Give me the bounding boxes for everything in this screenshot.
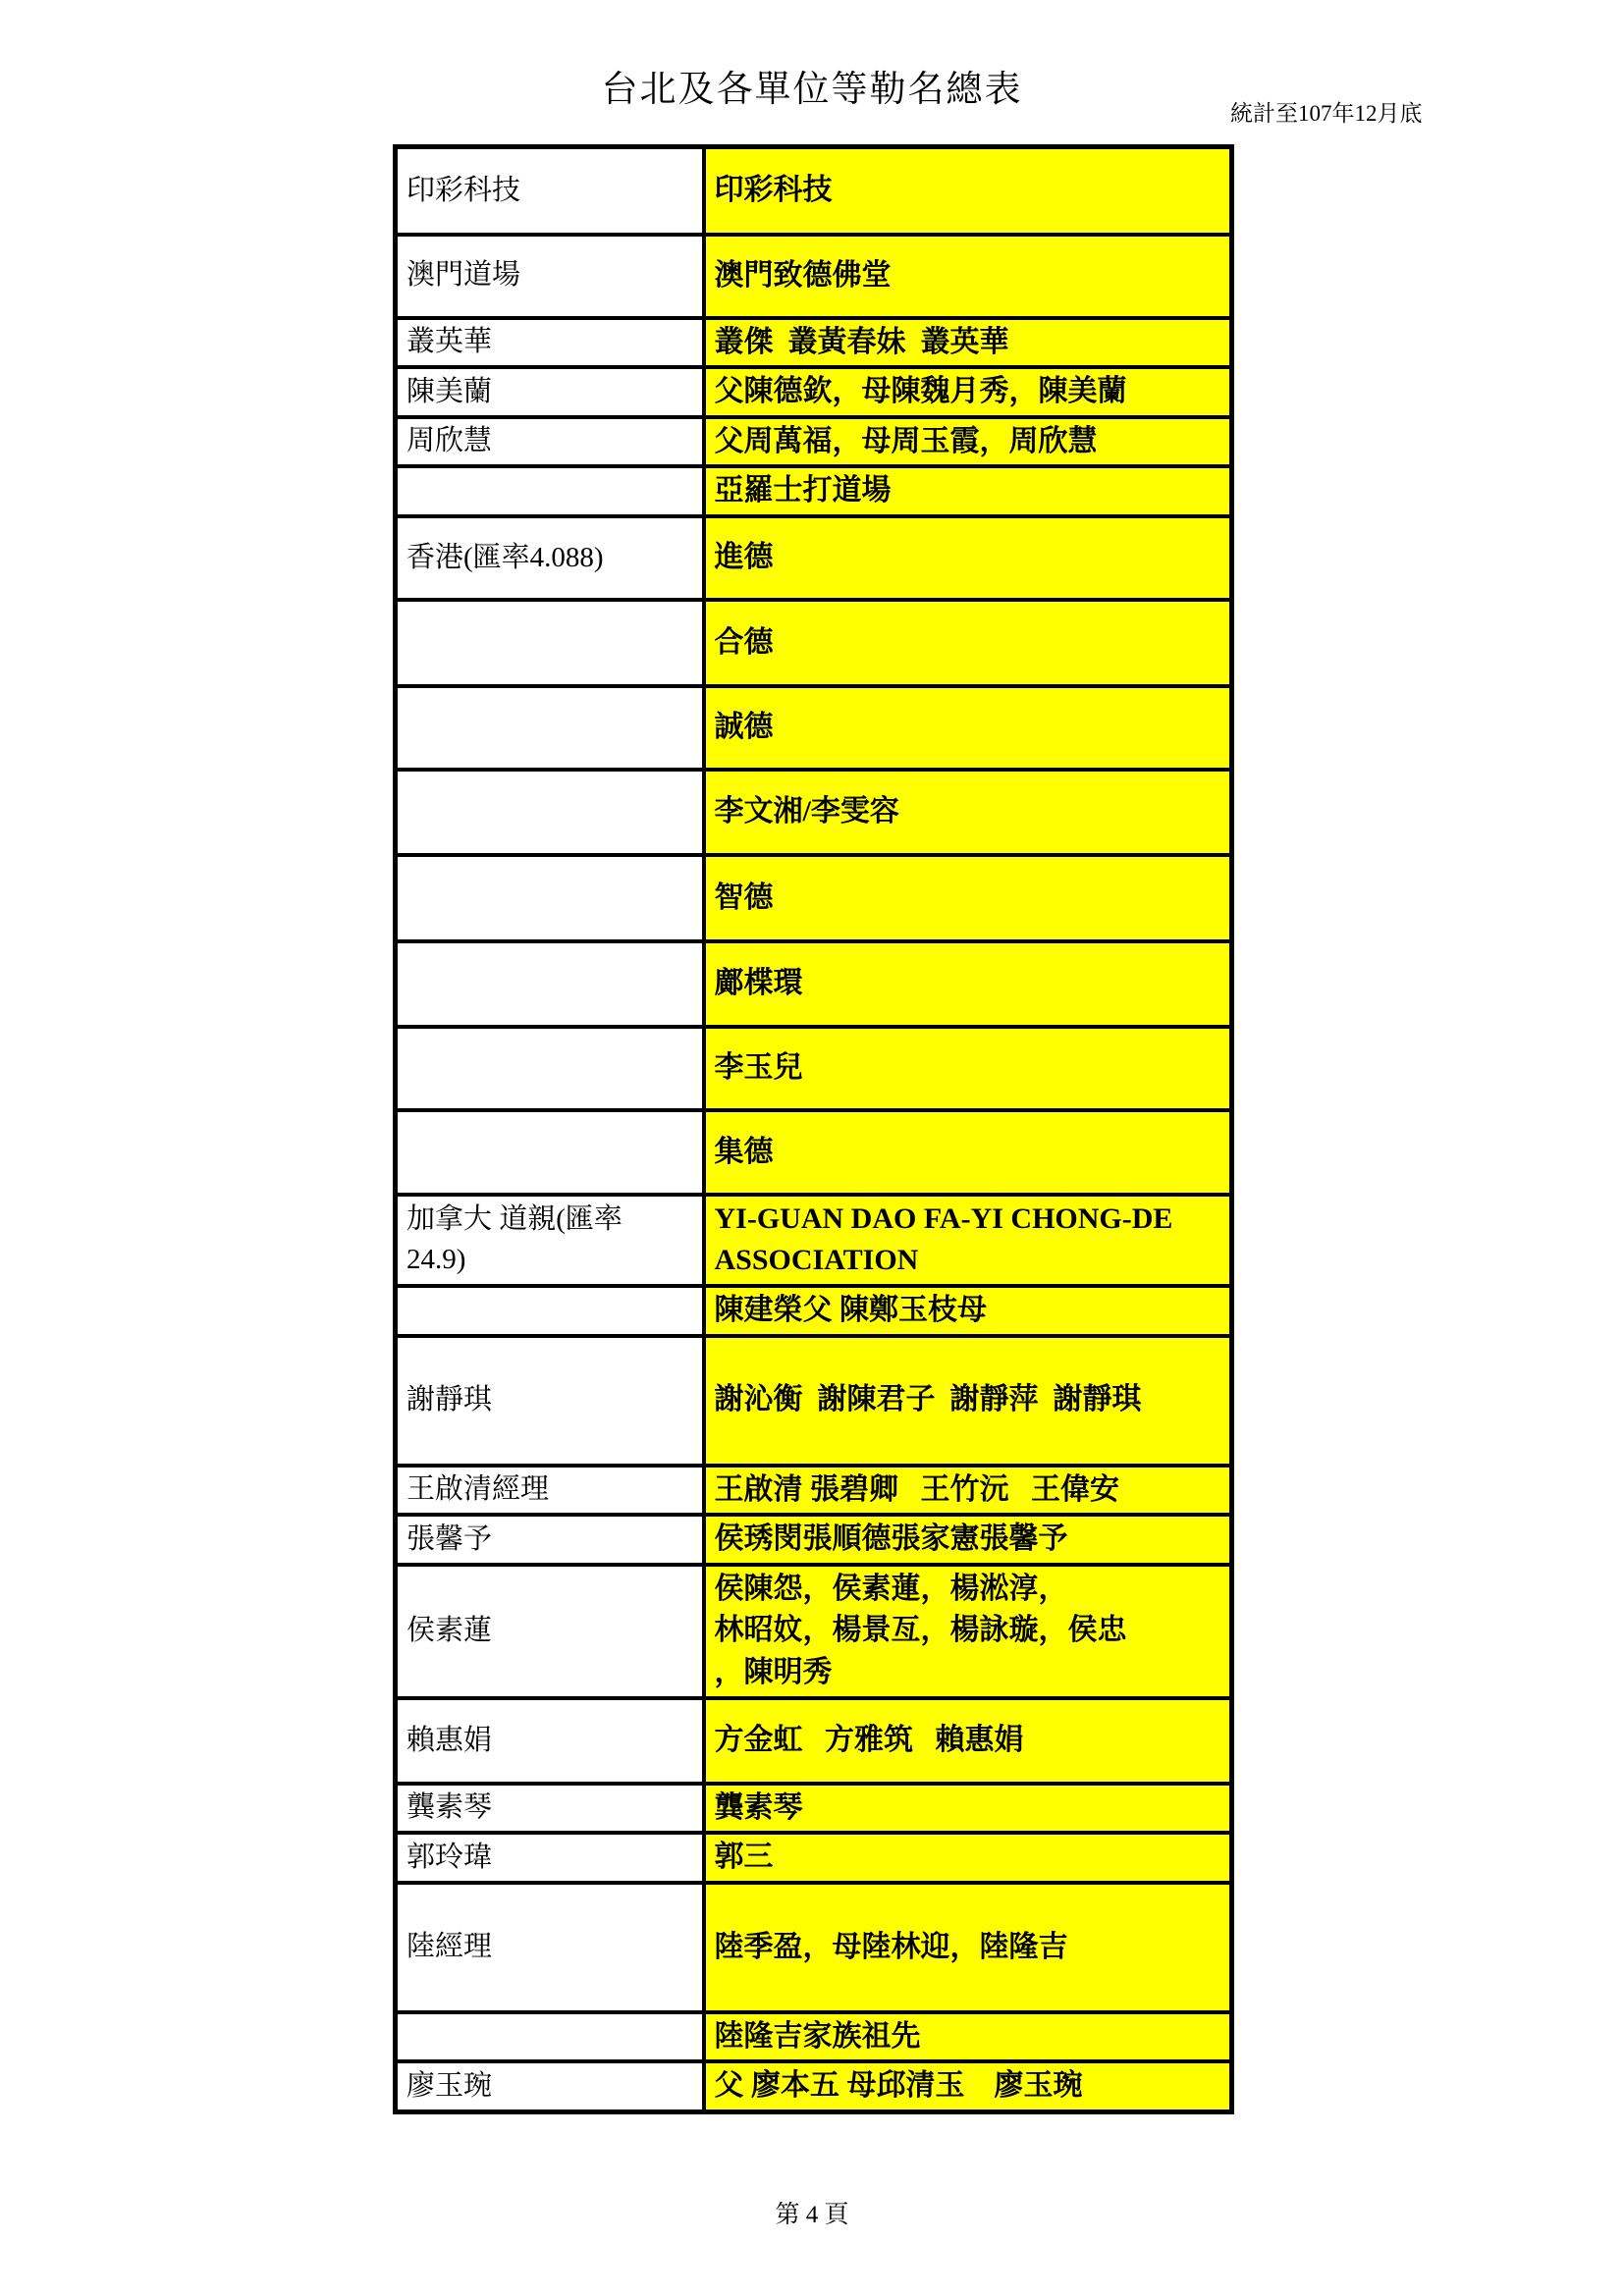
member-names-cell: 侯琇閔張順德張家憲張馨予 (704, 1515, 1232, 1565)
member-names-cell: 李玉兒 (704, 1027, 1232, 1110)
unit-name-cell: 賴惠娟 (396, 1698, 704, 1784)
member-names-cell: 誠德 (704, 686, 1232, 770)
unit-name-cell: 印彩科技 (396, 147, 704, 235)
unit-name-cell (396, 2012, 704, 2062)
table-row: 叢英華叢傑 叢黃春妹 叢英華 (396, 318, 1232, 368)
member-names-cell: 叢傑 叢黃春妹 叢英華 (704, 318, 1232, 368)
table-row: 香港(匯率4.088)進德 (396, 516, 1232, 600)
table-row: 龔素琴龔素琴 (396, 1784, 1232, 1834)
table-row: 廖玉琬父 廖本五 母邱清玉 廖玉琬 (396, 2061, 1232, 2111)
member-names-cell: 進德 (704, 516, 1232, 600)
table-row: 鄺楪環 (396, 941, 1232, 1027)
table-row: 賴惠娟方金虹 方雅筑 賴惠娟 (396, 1698, 1232, 1784)
unit-name-cell: 周欣慧 (396, 417, 704, 467)
member-names-cell: 澳門致德佛堂 (704, 235, 1232, 318)
table-row: 王啟清經理王啟清 張碧卿 王竹沅 王偉安 (396, 1466, 1232, 1516)
member-names-cell: 智德 (704, 855, 1232, 941)
page-number-footer: 第 4 頁 (0, 2195, 1624, 2230)
member-names-cell: 父陳德欽，母陳魏月秀，陳美蘭 (704, 367, 1232, 417)
document-page: 台北及各單位等勒名總表 統計至107年12月底 印彩科技印彩科技澳門道場澳門致德… (0, 0, 1624, 2296)
member-names-cell: 方金虹 方雅筑 賴惠娟 (704, 1698, 1232, 1784)
unit-name-cell: 張馨予 (396, 1515, 704, 1565)
member-names-cell: 陸季盈，母陸林迎，陸隆吉 (704, 1883, 1232, 2012)
member-names-cell: 集德 (704, 1110, 1232, 1195)
member-names-cell: 陸隆吉家族祖先 (704, 2012, 1232, 2062)
table-row: 周欣慧父周萬福，母周玉霞，周欣慧 (396, 417, 1232, 467)
unit-name-cell: 謝靜琪 (396, 1336, 704, 1466)
unit-name-cell: 郭玲瑋 (396, 1833, 704, 1883)
roster-table-body: 印彩科技印彩科技澳門道場澳門致德佛堂叢英華叢傑 叢黃春妹 叢英華陳美蘭父陳德欽，… (396, 147, 1232, 2112)
unit-name-cell (396, 1110, 704, 1195)
table-row: 李文湘/李雯容 (396, 770, 1232, 855)
roster-table: 印彩科技印彩科技澳門道場澳門致德佛堂叢英華叢傑 叢黃春妹 叢英華陳美蘭父陳德欽，… (393, 144, 1234, 2114)
table-row: 李玉兒 (396, 1027, 1232, 1110)
table-row: 郭玲瑋郭三 (396, 1833, 1232, 1883)
unit-name-cell (396, 686, 704, 770)
table-row: 亞羅士打道場 (396, 466, 1232, 516)
unit-name-cell (396, 1027, 704, 1110)
table-row: 印彩科技印彩科技 (396, 147, 1232, 235)
table-row: 集德 (396, 1110, 1232, 1195)
table-row: 侯素蓮侯陳怨，侯素蓮，楊淞淳， 林昭妏，楊景亙，楊詠璇，侯忠 ，陳明秀 (396, 1565, 1232, 1698)
member-names-cell: 郭三 (704, 1833, 1232, 1883)
table-row: 陳美蘭父陳德欽，母陳魏月秀，陳美蘭 (396, 367, 1232, 417)
unit-name-cell: 加拿大 道親(匯率 24.9) (396, 1195, 704, 1286)
member-names-cell: 王啟清 張碧卿 王竹沅 王偉安 (704, 1466, 1232, 1516)
member-names-cell: 合德 (704, 600, 1232, 686)
member-names-cell: 龔素琴 (704, 1784, 1232, 1834)
unit-name-cell (396, 855, 704, 941)
unit-name-cell: 陸經理 (396, 1883, 704, 2012)
statistics-date-note: 統計至107年12月底 (1230, 95, 1423, 128)
table-row: 澳門道場澳門致德佛堂 (396, 235, 1232, 318)
table-row: 陸經理陸季盈，母陸林迎，陸隆吉 (396, 1883, 1232, 2012)
member-names-cell: 鄺楪環 (704, 941, 1232, 1027)
table-row: 合德 (396, 600, 1232, 686)
table-row: 智德 (396, 855, 1232, 941)
member-names-cell: 印彩科技 (704, 147, 1232, 235)
table-row: 陸隆吉家族祖先 (396, 2012, 1232, 2062)
member-names-cell: 陳建榮父 陳鄭玉枝母 (704, 1286, 1232, 1336)
table-row: 加拿大 道親(匯率 24.9)YI-GUAN DAO FA-YI CHONG-D… (396, 1195, 1232, 1286)
unit-name-cell (396, 941, 704, 1027)
unit-name-cell: 侯素蓮 (396, 1565, 704, 1698)
member-names-cell: 父 廖本五 母邱清玉 廖玉琬 (704, 2061, 1232, 2111)
unit-name-cell: 王啟清經理 (396, 1466, 704, 1516)
table-row: 張馨予侯琇閔張順德張家憲張馨予 (396, 1515, 1232, 1565)
unit-name-cell: 香港(匯率4.088) (396, 516, 704, 600)
member-names-cell: 侯陳怨，侯素蓮，楊淞淳， 林昭妏，楊景亙，楊詠璇，侯忠 ，陳明秀 (704, 1565, 1232, 1698)
unit-name-cell: 陳美蘭 (396, 367, 704, 417)
table-row: 陳建榮父 陳鄭玉枝母 (396, 1286, 1232, 1336)
unit-name-cell: 龔素琴 (396, 1784, 704, 1834)
unit-name-cell: 廖玉琬 (396, 2061, 704, 2111)
unit-name-cell: 叢英華 (396, 318, 704, 368)
unit-name-cell (396, 1286, 704, 1336)
member-names-cell: 父周萬福，母周玉霞，周欣慧 (704, 417, 1232, 467)
member-names-cell: 亞羅士打道場 (704, 466, 1232, 516)
member-names-cell: 李文湘/李雯容 (704, 770, 1232, 855)
unit-name-cell (396, 466, 704, 516)
table-row: 謝靜琪謝沁衡 謝陳君子 謝靜萍 謝靜琪 (396, 1336, 1232, 1466)
member-names-cell: 謝沁衡 謝陳君子 謝靜萍 謝靜琪 (704, 1336, 1232, 1466)
unit-name-cell: 澳門道場 (396, 235, 704, 318)
table-row: 誠德 (396, 686, 1232, 770)
member-names-cell: YI-GUAN DAO FA-YI CHONG-DE ASSOCIATION (704, 1195, 1232, 1286)
unit-name-cell (396, 770, 704, 855)
unit-name-cell (396, 600, 704, 686)
